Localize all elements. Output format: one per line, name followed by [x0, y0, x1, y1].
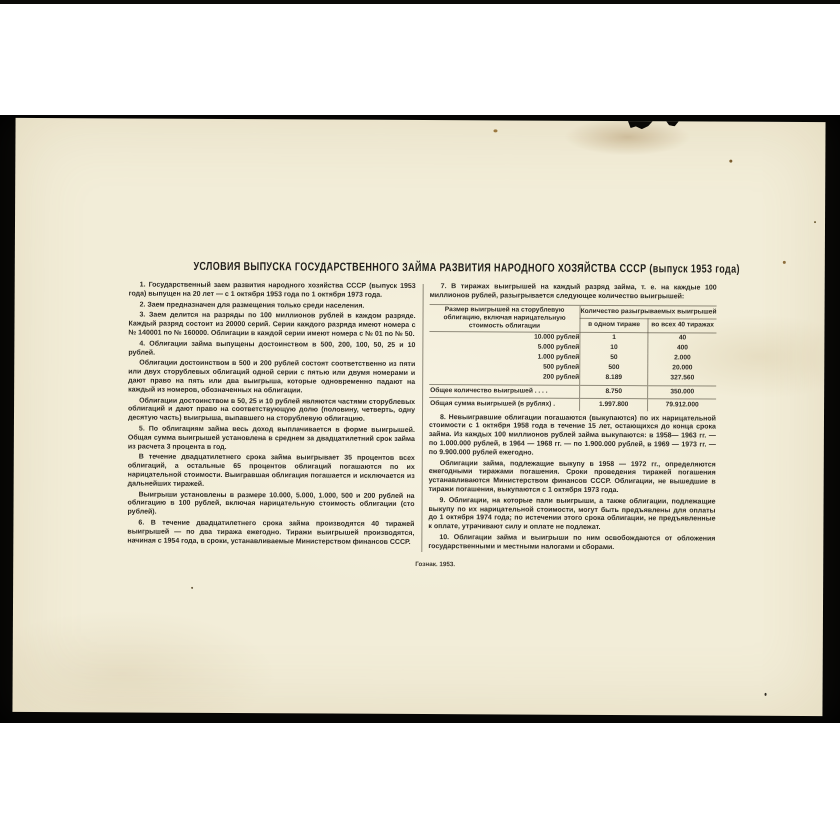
paragraph: 10. Облигации займа и выигрыши по ним ос…: [428, 534, 715, 553]
paper-speck: [783, 261, 786, 264]
paper-speck: [729, 160, 732, 163]
prize-table-totals: Общее количество выигрышей . . . . 8.750…: [429, 384, 716, 411]
all-draws-cell: 2.000: [648, 353, 716, 363]
prize-table-body: 10.000 рублей 1 40 5.000 рублей 10 400: [429, 331, 716, 386]
top-border-line: [0, 0, 840, 4]
prize-size-cell: 10.000 рублей: [429, 331, 580, 342]
all-draws-cell: 400: [648, 343, 716, 353]
paragraph: 6. В течение двадцатилетнего срока займа…: [127, 519, 414, 547]
totals-label-cell: Общее количество выигрышей . . . .: [429, 384, 580, 398]
imprint: Гознак. 1953.: [141, 559, 729, 569]
paragraph: 7. В тиражах выигрышей на каждый разряд …: [430, 283, 717, 302]
paragraph: Облигации займа, подлежащие выкупу в 195…: [429, 460, 716, 497]
totals-all-draws-cell: 79.912.000: [648, 398, 716, 411]
all-draws-cell: 20.000: [648, 363, 716, 373]
totals-row: Общая сумма выигрышей (в рублях) . 1.997…: [429, 397, 716, 411]
totals-per-draw-cell: 1.997.800: [580, 398, 648, 411]
prize-table: Размер выигрышей на сторублевую облигаци…: [429, 304, 717, 412]
per-draw-cell: 8.189: [580, 372, 648, 385]
conditions-text-block: УСЛОВИЯ ВЫПУСКА ГОСУДАРСТВЕННОГО ЗАЙМА Р…: [127, 260, 717, 569]
totals-label-cell: Общая сумма выигрышей (в рублях) .: [429, 397, 580, 410]
document-title: УСЛОВИЯ ВЫПУСКА ГОСУДАРСТВЕННОГО ЗАЙМА Р…: [193, 261, 652, 275]
right-column-paragraphs: 8. Невыигравшие облигации погашаются (вы…: [428, 414, 716, 553]
all-draws-header: во всех 40 тиражах: [648, 319, 716, 333]
all-draws-cell: 327.560: [648, 373, 716, 386]
totals-per-draw-cell: 8.750: [580, 385, 648, 398]
totals-all-draws-cell: 350.000: [648, 385, 716, 398]
paper-speck: [191, 587, 193, 589]
bond-paper: УСЛОВИЯ ВЫПУСКА ГОСУДАРСТВЕННОГО ЗАЙМА Р…: [12, 118, 825, 716]
paragraph: 4. Облигации займа выпущены достоинством…: [128, 340, 415, 359]
all-draws-cell: 40: [648, 332, 716, 343]
paragraph: 1. Государственный заем развития народно…: [129, 281, 416, 300]
paper-speck: [765, 693, 767, 696]
prize-size-cell: 200 рублей: [429, 372, 580, 385]
paper-speck: [814, 221, 816, 223]
prize-size-header: Размер выигрышей на сторублевую облигаци…: [429, 304, 580, 332]
paragraph: 3. Заем делится на разряды по 100 миллио…: [128, 312, 415, 340]
paragraph: Облигации достоинством в 50, 25 и 10 руб…: [128, 397, 415, 425]
paragraph: 5. По облигациям займа весь доход выплач…: [128, 425, 415, 453]
per-draw-cell: 10: [580, 342, 648, 352]
per-draw-cell: 1: [580, 332, 648, 343]
paragraph: 8. Невыигравшие облигации погашаются (вы…: [429, 414, 716, 459]
page-background: УСЛОВИЯ ВЫПУСКА ГОСУДАРСТВЕННОГО ЗАЙМА Р…: [0, 0, 840, 840]
paragraph: Выигрыши установлены в размере 10.000, 5…: [127, 491, 414, 519]
right-column: 7. В тиражах выигрышей на каждый разряд …: [428, 283, 716, 553]
paragraph: 9. Облигации, на которые пали выигрыши, …: [428, 497, 715, 534]
prize-count-header: Количество разыгрываемых выигрышей: [580, 305, 717, 319]
paper-edge-notch: [666, 120, 680, 126]
paragraph: 2. Заем предназначен для размещения толь…: [129, 301, 416, 311]
paper-edge-notch: [628, 120, 654, 129]
paper-speck: [493, 129, 497, 132]
paragraph: В течение двадцатилетнего срока займа вы…: [128, 454, 415, 491]
left-column: 1. Государственный заем развития народно…: [127, 281, 415, 551]
per-draw-cell: 50: [580, 352, 648, 362]
photo-backdrop: УСЛОВИЯ ВЫПУСКА ГОСУДАРСТВЕННОГО ЗАЙМА Р…: [0, 115, 840, 723]
text-columns: 1. Государственный заем развития народно…: [127, 281, 716, 553]
column-divider: [421, 284, 423, 552]
per-draw-cell: 500: [580, 362, 648, 372]
per-draw-header: в одном тираже: [580, 318, 648, 332]
paragraph: Облигации достоинством в 500 и 200 рубле…: [128, 360, 415, 397]
